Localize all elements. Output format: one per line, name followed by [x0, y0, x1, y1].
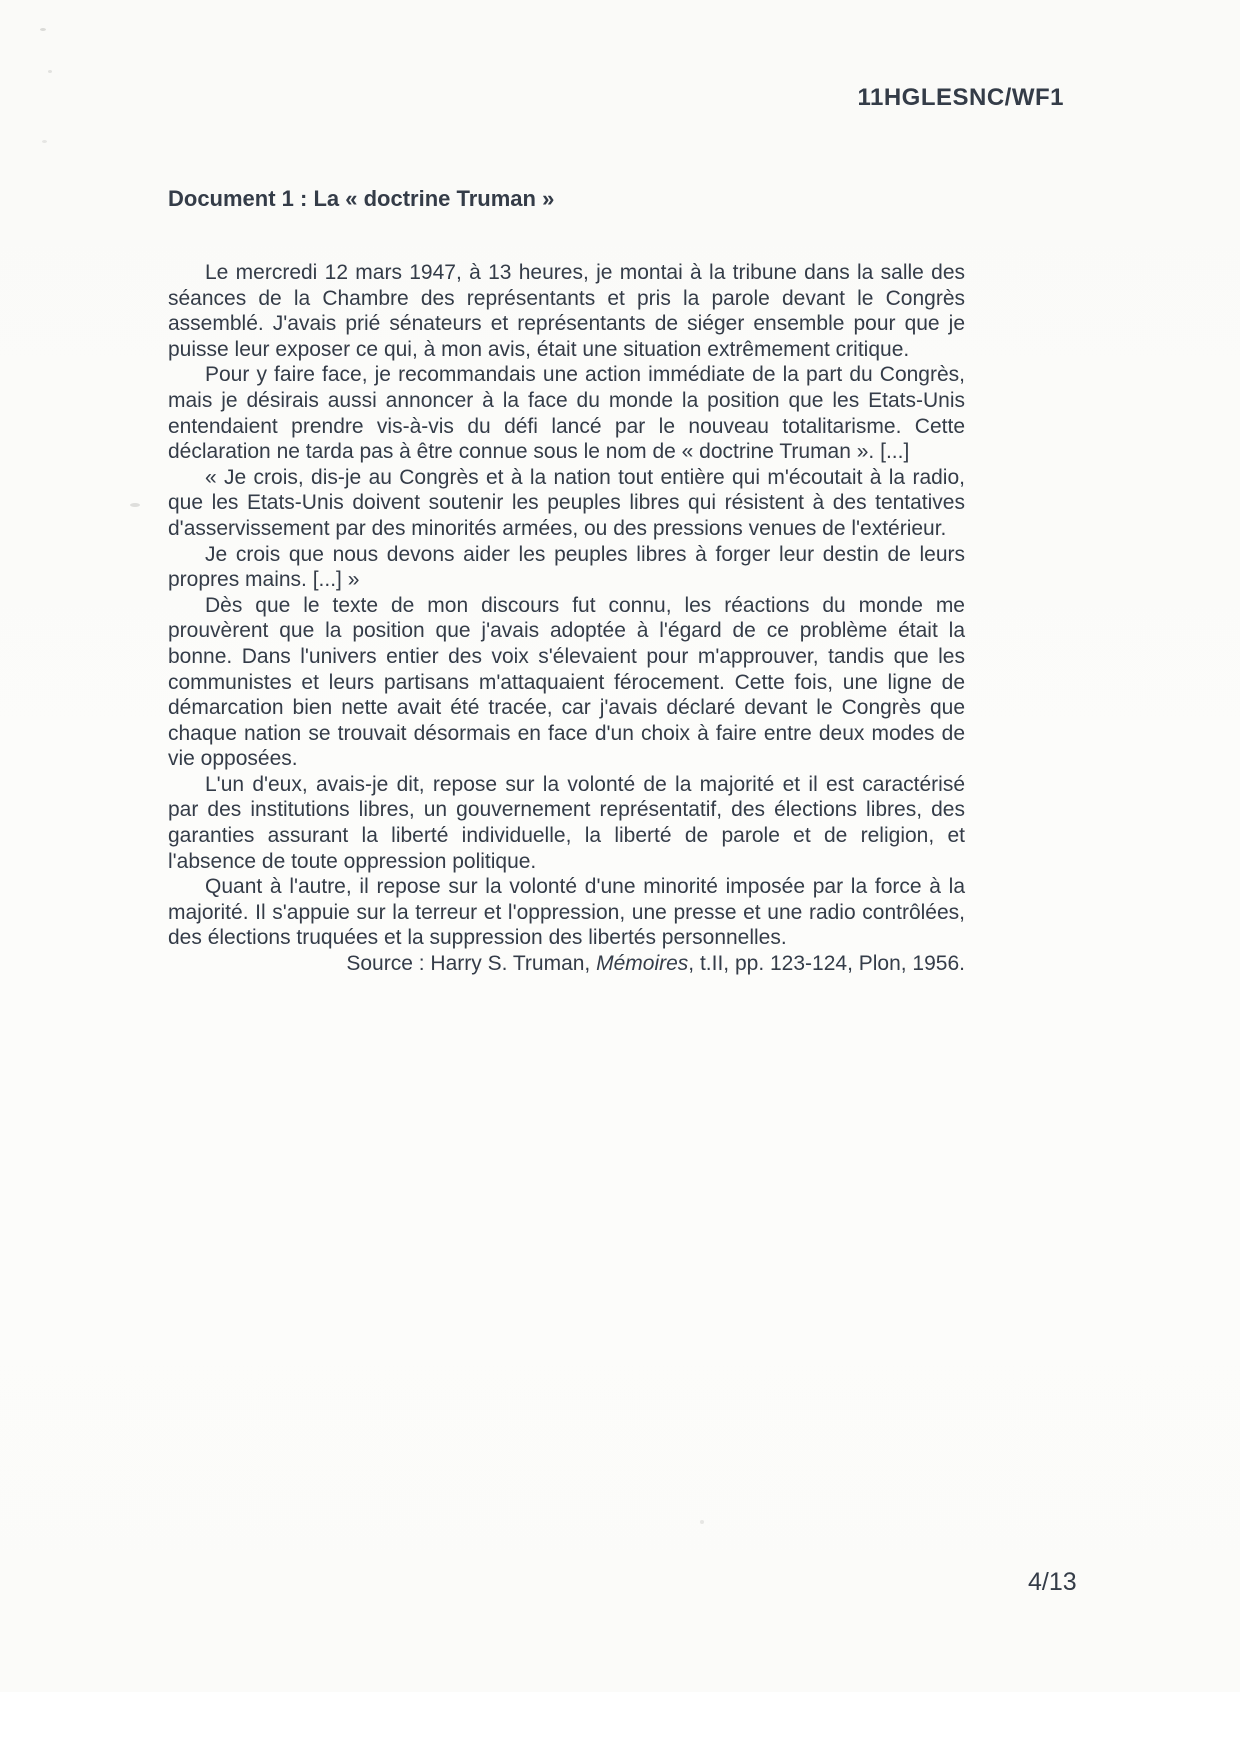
paragraph-6: L'un d'eux, avais-je dit, repose sur la …	[168, 772, 965, 874]
scan-edge	[0, 1692, 1240, 1754]
source-line: Source : Harry S. Truman, Mémoires, t.II…	[168, 951, 965, 977]
paragraph-7: Quant à l'autre, il repose sur la volont…	[168, 874, 965, 951]
scan-artifact	[40, 28, 46, 31]
paragraph-4: Je crois que nous devons aider les peupl…	[168, 542, 965, 593]
document-page: 11HGLESNC/WF1 Document 1 : La « doctrine…	[0, 0, 1240, 1754]
scan-artifact	[48, 70, 52, 73]
exam-code: 11HGLESNC/WF1	[0, 84, 1064, 112]
page-number: 4/13	[1028, 1568, 1077, 1597]
source-prefix: Source : Harry S. Truman,	[346, 952, 596, 975]
scan-artifact	[130, 503, 140, 507]
scan-artifact	[700, 1520, 704, 1524]
document-body: Le mercredi 12 mars 1947, à 13 heures, j…	[168, 260, 965, 977]
paragraph-3: « Je crois, dis-je au Congrès et à la na…	[168, 465, 965, 542]
paragraph-2: Pour y faire face, je recommandais une a…	[168, 362, 965, 464]
source-suffix: , t.II, pp. 123-124, Plon, 1956.	[688, 952, 965, 975]
paragraph-1: Le mercredi 12 mars 1947, à 13 heures, j…	[168, 260, 965, 362]
source-work-title: Mémoires	[596, 952, 688, 975]
document-title: Document 1 : La « doctrine Truman »	[168, 186, 554, 212]
paragraph-5: Dès que le texte de mon discours fut con…	[168, 593, 965, 772]
scan-artifact	[42, 140, 47, 143]
